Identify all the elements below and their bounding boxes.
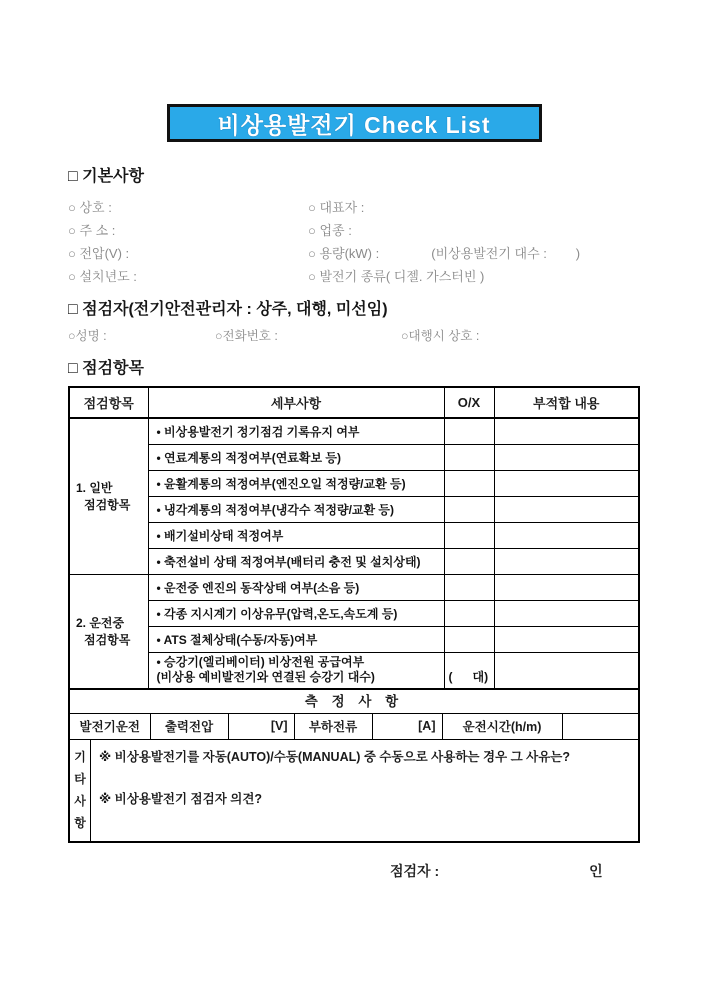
check-item: • ATS 절체상태(수동/자동)여부 [148,626,444,652]
table-row: • 승강기(엘리베이터) 비상전원 공급여부 (비상용 예비발전기와 연결된 승… [70,652,638,688]
field-agency-name: ○대행시 상호 : [401,326,479,344]
basic-info-list: ○ 상호 : ○ 대표자 : ○ 주 소 : ○ 업종 : ○ 전압(V) : … [68,195,640,287]
ox-cell [444,548,494,574]
ox-cell-elevator-count: ( 대) [444,652,494,688]
basic-info-row: ○ 상호 : ○ 대표자 : [68,195,640,218]
check-item: • 배기설비상태 적정여부 [148,522,444,548]
check-item: • 냉각계통의 적정여부(냉각수 적정량/교환 등) [148,496,444,522]
col-header-nonconformity: 부적합 내용 [494,388,638,418]
checklist-table: 점검항목 세부사항 O/X 부적합 내용 1. 일반 점검항목 • 비상용발전기… [70,388,638,689]
group-label-line: 점검항목 [70,496,148,513]
table-row: • 윤활계통의 적정여부(엔진오일 적정량/교환 등) [70,470,638,496]
misc-section: 기 타 사 항 ※ 비상용발전기를 자동(AUTO)/수동(MANUAL) 중 … [70,739,638,841]
ox-cell [444,496,494,522]
ox-cell [444,418,494,444]
table-row: • 냉각계통의 적정여부(냉각수 적정량/교환 등) [70,496,638,522]
group-label-general: 1. 일반 점검항목 [70,418,148,574]
misc-question-inspector-opinion: ※ 비상용발전기 점검자 의견? [99,789,630,807]
signature-label: 점검자 : [390,861,439,881]
misc-label-char: 기 [74,748,86,765]
field-inspector-phone: ○전화번호 : [215,326,401,344]
field-generator-type: ○ 발전기 종류( 디젤. 가스터빈 ) [308,266,484,285]
misc-label-char: 사 [74,792,86,809]
measurement-row: 발전기운전 출력전압 [V] 부하전류 [A] 운전시간(h/m) [70,713,638,739]
measurement-heading: 측 정 사 항 [70,689,638,713]
field-capacity: ○ 용량(kW) : [308,243,379,262]
ox-cell [444,600,494,626]
check-item-elevator: • 승강기(엘리베이터) 비상전원 공급여부 (비상용 예비발전기와 연결된 승… [148,652,444,688]
misc-vertical-label: 기 타 사 항 [70,740,91,841]
group-label-line: 점검항목 [70,631,148,648]
misc-label-char: 항 [74,814,86,831]
inspector-fields: ○성명 : ○전화번호 : ○대행시 상호 : [68,324,640,346]
ox-cell [444,626,494,652]
check-item: • 윤활계통의 적정여부(엔진오일 적정량/교환 등) [148,470,444,496]
group-label-running: 2. 운전중 점검항목 [70,574,148,688]
group-label-line: 2. 운전중 [70,614,148,631]
check-item: • 축전설비 상태 적정여부(배터리 충전 및 설치상태) [148,548,444,574]
measure-voltage-unit: [V] [228,713,294,739]
field-generator-count: (비상용발전기 대수 : ) [431,243,580,262]
measure-output-voltage: 출력전압 [150,713,228,739]
misc-label-char: 타 [74,770,86,787]
col-header-category: 점검항목 [70,388,148,418]
ox-cell [444,444,494,470]
title-banner: 비상용발전기 Check List [167,104,542,142]
basic-info-row: ○ 설치년도 : ○ 발전기 종류( 디젤. 가스터빈 ) [68,264,640,287]
field-address: ○ 주 소 : [68,220,308,239]
nonconformity-cell [494,522,638,548]
document-page: 비상용발전기 Check List □ 기본사항 ○ 상호 : ○ 대표자 : … [0,0,706,1000]
measure-generator-run: 발전기운전 [70,713,150,739]
check-item: • 운전중 엔진의 동작상태 여부(소음 등) [148,574,444,600]
table-header-row: 점검항목 세부사항 O/X 부적합 내용 [70,388,638,418]
ox-cell [444,522,494,548]
check-item: • 각종 지시계기 이상유무(압력,온도,속도계 등) [148,600,444,626]
measurement-table: 발전기운전 출력전압 [V] 부하전류 [A] 운전시간(h/m) [70,713,638,740]
ox-cell [444,574,494,600]
table-row: • ATS 절체상태(수동/자동)여부 [70,626,638,652]
check-item: • 연료계통의 적정여부(연료확보 등) [148,444,444,470]
checklist-table-wrap: 점검항목 세부사항 O/X 부적합 내용 1. 일반 점검항목 • 비상용발전기… [68,386,640,843]
measure-current-unit: [A] [372,713,442,739]
table-row: 1. 일반 점검항목 • 비상용발전기 정기점검 기록유지 여부 [70,418,638,444]
field-company-name: ○ 상호 : [68,197,308,216]
basic-info-heading: □ 기본사항 [68,163,640,186]
field-inspector-name: ○성명 : [68,326,215,344]
field-voltage: ○ 전압(V) : [68,243,308,262]
inspector-heading: □ 점검자(전기안전관리자 : 상주, 대행, 미선임) [68,296,640,319]
field-representative: ○ 대표자 : [308,197,364,216]
basic-info-row: ○ 전압(V) : ○ 용량(kW) : (비상용발전기 대수 : ) [68,241,640,264]
ox-cell [444,470,494,496]
nonconformity-cell [494,418,638,444]
table-row: • 배기설비상태 적정여부 [70,522,638,548]
signature-row: 점검자 : 인 [68,861,640,881]
check-item: • 비상용발전기 정기점검 기록유지 여부 [148,418,444,444]
check-item-line: (비상용 예비발전기와 연결된 승강기 대수) [157,670,444,685]
check-item-line: • 승강기(엘리베이터) 비상전원 공급여부 [157,655,444,670]
measure-empty-cell [562,713,638,739]
checklist-heading: □ 점검항목 [68,355,640,378]
nonconformity-cell [494,626,638,652]
nonconformity-cell [494,444,638,470]
seal-label: 인 [589,861,603,881]
col-header-ox: O/X [444,388,494,418]
nonconformity-cell [494,574,638,600]
table-row: • 축전설비 상태 적정여부(배터리 충전 및 설치상태) [70,548,638,574]
measure-load-current: 부하전류 [294,713,372,739]
table-row: 2. 운전중 점검항목 • 운전중 엔진의 동작상태 여부(소음 등) [70,574,638,600]
nonconformity-cell [494,470,638,496]
nonconformity-cell [494,548,638,574]
table-row: • 연료계통의 적정여부(연료확보 등) [70,444,638,470]
nonconformity-cell [494,496,638,522]
col-header-detail: 세부사항 [148,388,444,418]
misc-body: ※ 비상용발전기를 자동(AUTO)/수동(MANUAL) 중 수동으로 사용하… [91,740,638,841]
table-row: • 각종 지시계기 이상유무(압력,온도,속도계 등) [70,600,638,626]
basic-info-row: ○ 주 소 : ○ 업종 : [68,218,640,241]
nonconformity-cell [494,600,638,626]
nonconformity-cell [494,652,638,688]
misc-question-manual-use: ※ 비상용발전기를 자동(AUTO)/수동(MANUAL) 중 수동으로 사용하… [99,747,630,765]
measure-run-time: 운전시간(h/m) [442,713,562,739]
document-content: 비상용발전기 Check List □ 기본사항 ○ 상호 : ○ 대표자 : … [0,0,706,881]
page-title: 비상용발전기 Check List [217,107,490,140]
group-label-line: 1. 일반 [70,479,148,496]
field-install-year: ○ 설치년도 : [68,266,308,285]
field-business-type: ○ 업종 : [308,220,352,239]
